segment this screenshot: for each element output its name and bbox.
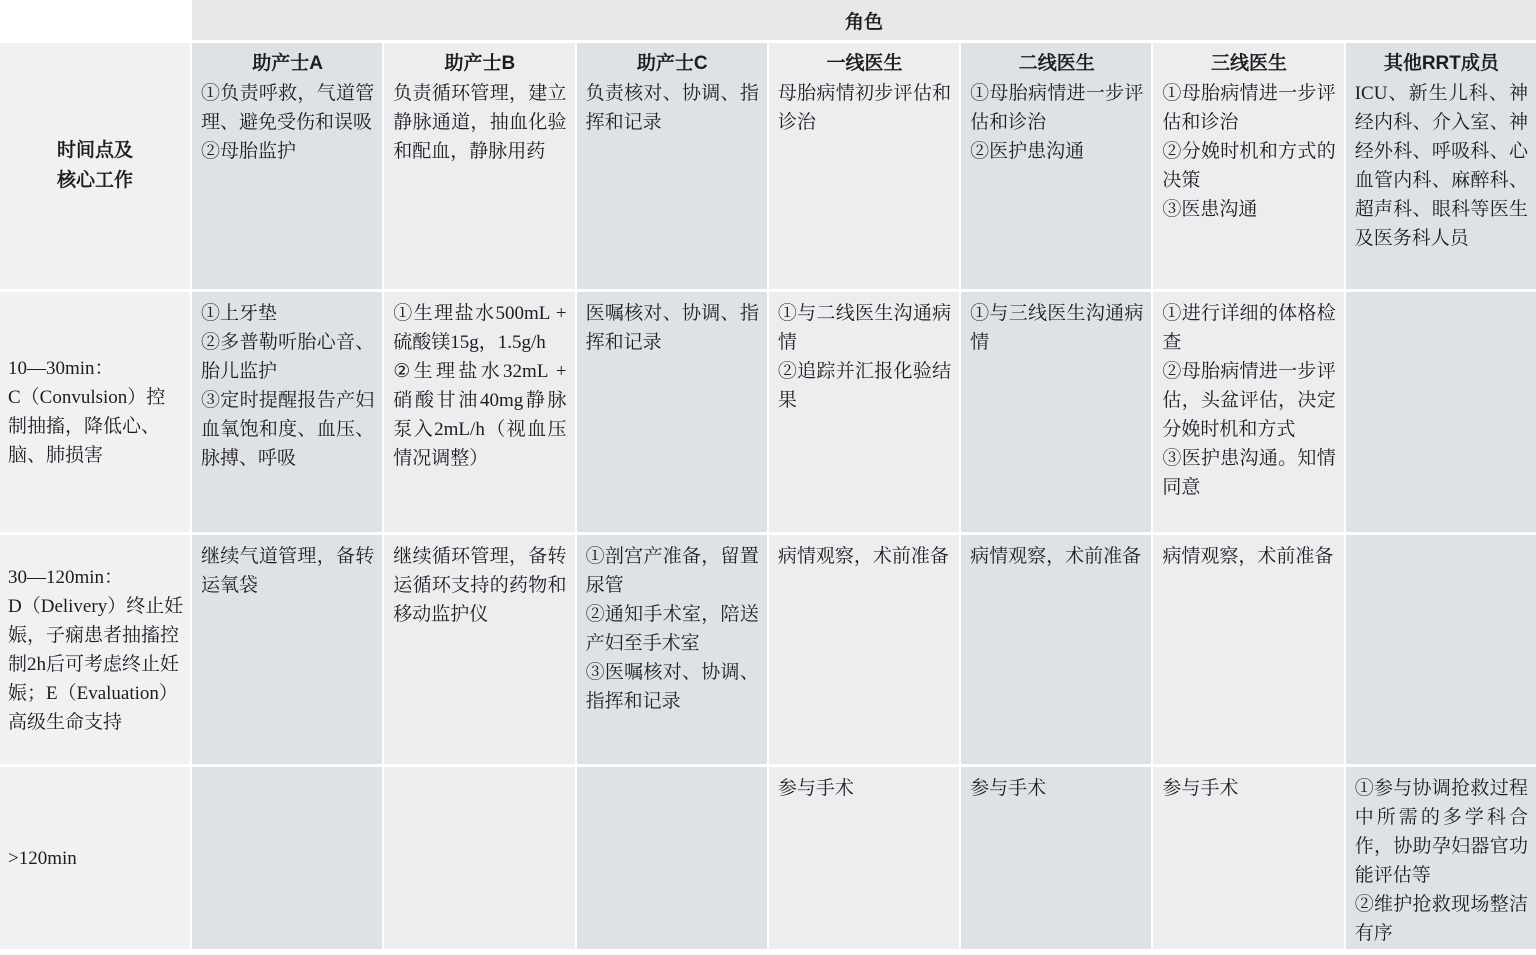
table-cell: 病情观察，术前准备	[769, 535, 959, 764]
table-cell-empty	[577, 767, 767, 949]
table-cell-empty	[192, 767, 382, 949]
table-cell-empty	[1346, 292, 1536, 532]
table-cell: 病情观察，术前准备	[1153, 535, 1343, 764]
column-header-midwife-c: 助产士C 负责核对、协调、指挥和记录	[577, 43, 767, 289]
table-cell: ①参与协调抢救过程中所需的多学科合作，协助孕妇器官功能评估等 ②维护抢救现场整洁…	[1346, 767, 1536, 949]
table-cell: ①剖宫产准备，留置尿管 ②通知手术室，陪送产妇至手术室 ③医嘱核对、协调、指挥和…	[577, 535, 767, 764]
column-description: 母胎病情初步评估和诊治	[778, 79, 951, 137]
column-title: 其他RRT成员	[1355, 49, 1528, 79]
time-cell-over-120min: >120min	[0, 767, 190, 949]
time-cell-30-120min: 30—120min： D（Delivery）终止妊娠，子痫患者抽搐控制2h后可考…	[0, 535, 190, 764]
column-header-second-line-doctor: 二线医生 ①母胎病情进一步评估和诊治 ②医护患沟通	[961, 43, 1151, 289]
table-cell-empty	[384, 767, 574, 949]
corner-header-timepoint: 时间点及 核心工作	[0, 43, 190, 289]
column-header-midwife-b: 助产士B 负责循环管理，建立静脉通道，抽血化验和配血，静脉用药	[384, 43, 574, 289]
table-cell: 继续循环管理，备转运循环支持的药物和移动监护仪	[384, 535, 574, 764]
table-cell: 医嘱核对、协调、指挥和记录	[577, 292, 767, 532]
column-header-first-line-doctor: 一线医生 母胎病情初步评估和诊治	[769, 43, 959, 289]
column-description: ①母胎病情进一步评估和诊治 ②医护患沟通	[970, 79, 1143, 166]
column-description: 负责循环管理，建立静脉通道，抽血化验和配血，静脉用药	[393, 79, 566, 166]
column-description: ICU、新生儿科、神经内科、介入室、神经外科、呼吸科、心血管内科、麻醉科、超声科…	[1355, 79, 1528, 253]
column-title: 助产士B	[393, 49, 566, 79]
column-title: 三线医生	[1162, 49, 1335, 79]
table-cell: 继续气道管理，备转运氧袋	[192, 535, 382, 764]
column-title: 助产士C	[586, 49, 759, 79]
column-header-other-rrt-members: 其他RRT成员 ICU、新生儿科、神经内科、介入室、神经外科、呼吸科、心血管内科…	[1346, 43, 1536, 289]
table-cell: 病情观察，术前准备	[961, 535, 1151, 764]
column-title: 二线医生	[970, 49, 1143, 79]
column-header-midwife-a: 助产士A ①负责呼救，气道管理、避免受伤和误吸 ②母胎监护	[192, 43, 382, 289]
table-cell: ①上牙垫 ②多普勒听胎心音、胎儿监护 ③定时提醒报告产妇血氧饱和度、血压、脉搏、…	[192, 292, 382, 532]
table-cell: 参与手术	[769, 767, 959, 949]
table-cell: ①生理盐水500mL + 硫酸镁15g，1.5g/h ②生理盐水32mL + 硝…	[384, 292, 574, 532]
table-cell: ①与二线医生沟通病情 ②追踪并汇报化验结果	[769, 292, 959, 532]
table-cell: 参与手术	[1153, 767, 1343, 949]
time-cell-10-30min: 10—30min： C（Convulsion）控制抽搐，降低心、脑、肺损害	[0, 292, 190, 532]
column-description: 负责核对、协调、指挥和记录	[586, 79, 759, 137]
column-description: ①负责呼救，气道管理、避免受伤和误吸 ②母胎监护	[201, 79, 374, 166]
role-header: 角色	[192, 0, 1536, 40]
column-header-third-line-doctor: 三线医生 ①母胎病情进一步评估和诊治 ②分娩时机和方式的决策 ③医患沟通	[1153, 43, 1343, 289]
table-cell-empty	[1346, 535, 1536, 764]
column-title: 助产士A	[201, 49, 374, 79]
column-title: 一线医生	[778, 49, 951, 79]
table-cell: 参与手术	[961, 767, 1151, 949]
rrt-roles-table: 角色 时间点及 核心工作 助产士A ①负责呼救，气道管理、避免受伤和误吸 ②母胎…	[0, 0, 1536, 949]
column-description: ①母胎病情进一步评估和诊治 ②分娩时机和方式的决策 ③医患沟通	[1162, 79, 1335, 224]
table-cell: ①进行详细的体格检查 ②母胎病情进一步评估，头盆评估，决定分娩时机和方式 ③医护…	[1153, 292, 1343, 532]
table-cell: ①与三线医生沟通病情	[961, 292, 1151, 532]
